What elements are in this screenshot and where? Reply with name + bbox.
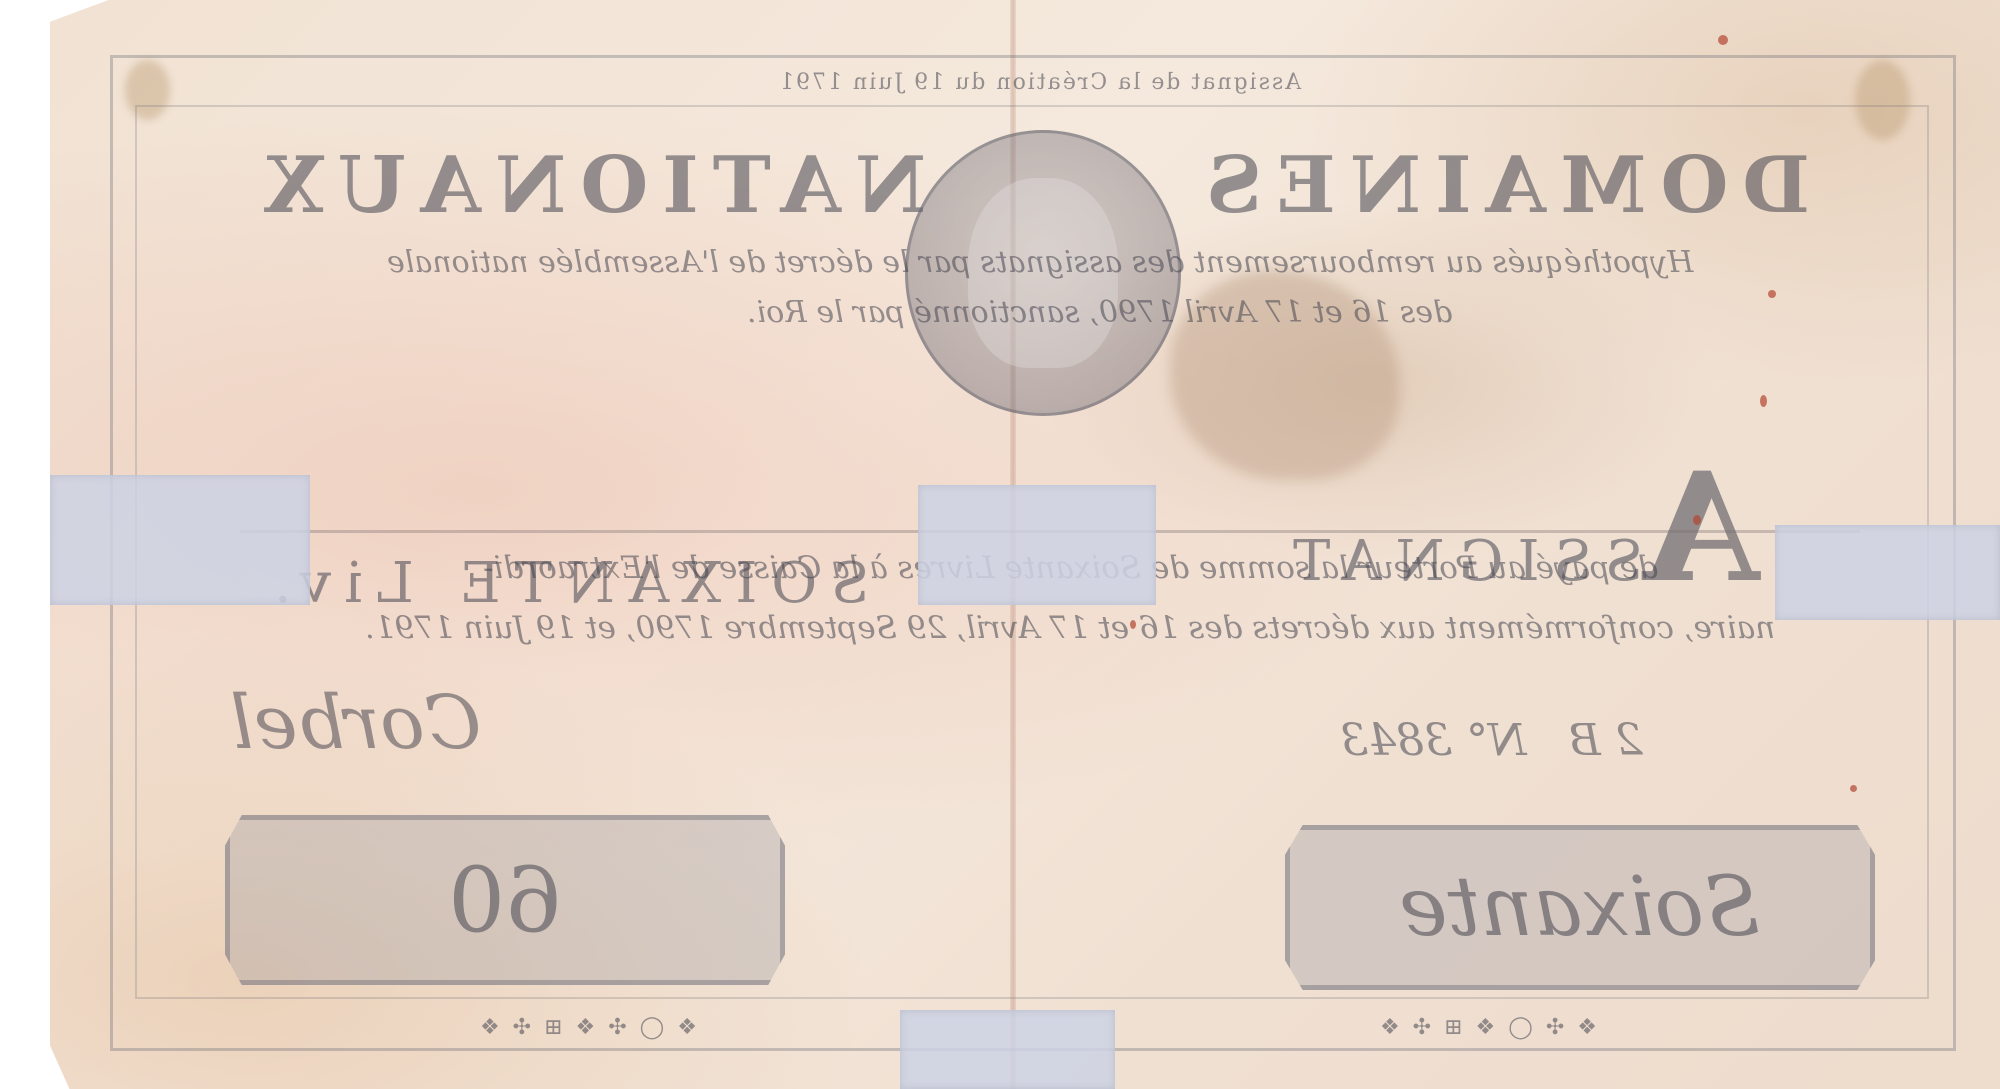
serial-number: 2 B N° 3843: [1340, 715, 1643, 766]
repair-tape-right: [1775, 525, 2000, 620]
subtitle-text-2: des 16 et 17 Avril 1790, sanctionné par …: [747, 295, 1452, 330]
rust-spot: [1768, 290, 1776, 298]
subtitle-line-1: Hypothéqués au remboursement des assigna…: [200, 245, 1880, 280]
subtitle-line-2: des 16 et 17 Avril 1790, sanctionné par …: [450, 295, 1750, 330]
value-plate-left: 60: [225, 815, 785, 985]
ornament-band-left: ❖ ✣ ⊞ ❖ ✣ ◯ ❖: [480, 1015, 700, 1040]
plate-value-number: 60: [448, 848, 563, 953]
plate-value-word: Soixante: [1399, 860, 1760, 955]
repair-tape-center: [918, 485, 1156, 605]
subtitle-text-1: Hypothéqués au remboursement des assigna…: [387, 245, 1693, 280]
signature-text: Corbel: [230, 680, 481, 766]
repair-tape-bottom: [900, 1010, 1115, 1089]
top-caption: Assignat de la Création du 19 Juin 1791: [778, 70, 1301, 95]
rust-spot: [1130, 620, 1136, 629]
serial-series: 2 B: [1568, 715, 1642, 766]
body-text-2: naire, conformément aux décrets des 16 e…: [365, 610, 1775, 646]
rust-spot: [1693, 515, 1701, 525]
rust-spot: [1760, 395, 1767, 407]
repair-tape-left: [50, 475, 310, 605]
rust-spot: [1718, 35, 1728, 45]
serial-value: N° 3843: [1340, 715, 1526, 766]
body-text-line-2: naire, conformément aux décrets des 16 e…: [270, 610, 1870, 646]
ornament-band-right: ❖ ✣ ⊞ ❖ ◯ ✣ ❖: [1380, 1015, 1600, 1040]
serial-text: 2 B N° 3843: [1340, 715, 1643, 766]
rust-spot: [1850, 785, 1857, 792]
title-domaines: DOMAINES: [1192, 140, 1810, 231]
title-nationaux: NATIONAUX: [250, 140, 926, 231]
assignat-initial: A: [1644, 440, 1760, 616]
value-plate-right: Soixante: [1285, 825, 1875, 990]
signature: Corbel: [230, 680, 481, 766]
top-caption-strip: Assignat de la Création du 19 Juin 1791: [140, 60, 1940, 105]
assignat-label: ASSIGNAT: [1279, 440, 1760, 616]
